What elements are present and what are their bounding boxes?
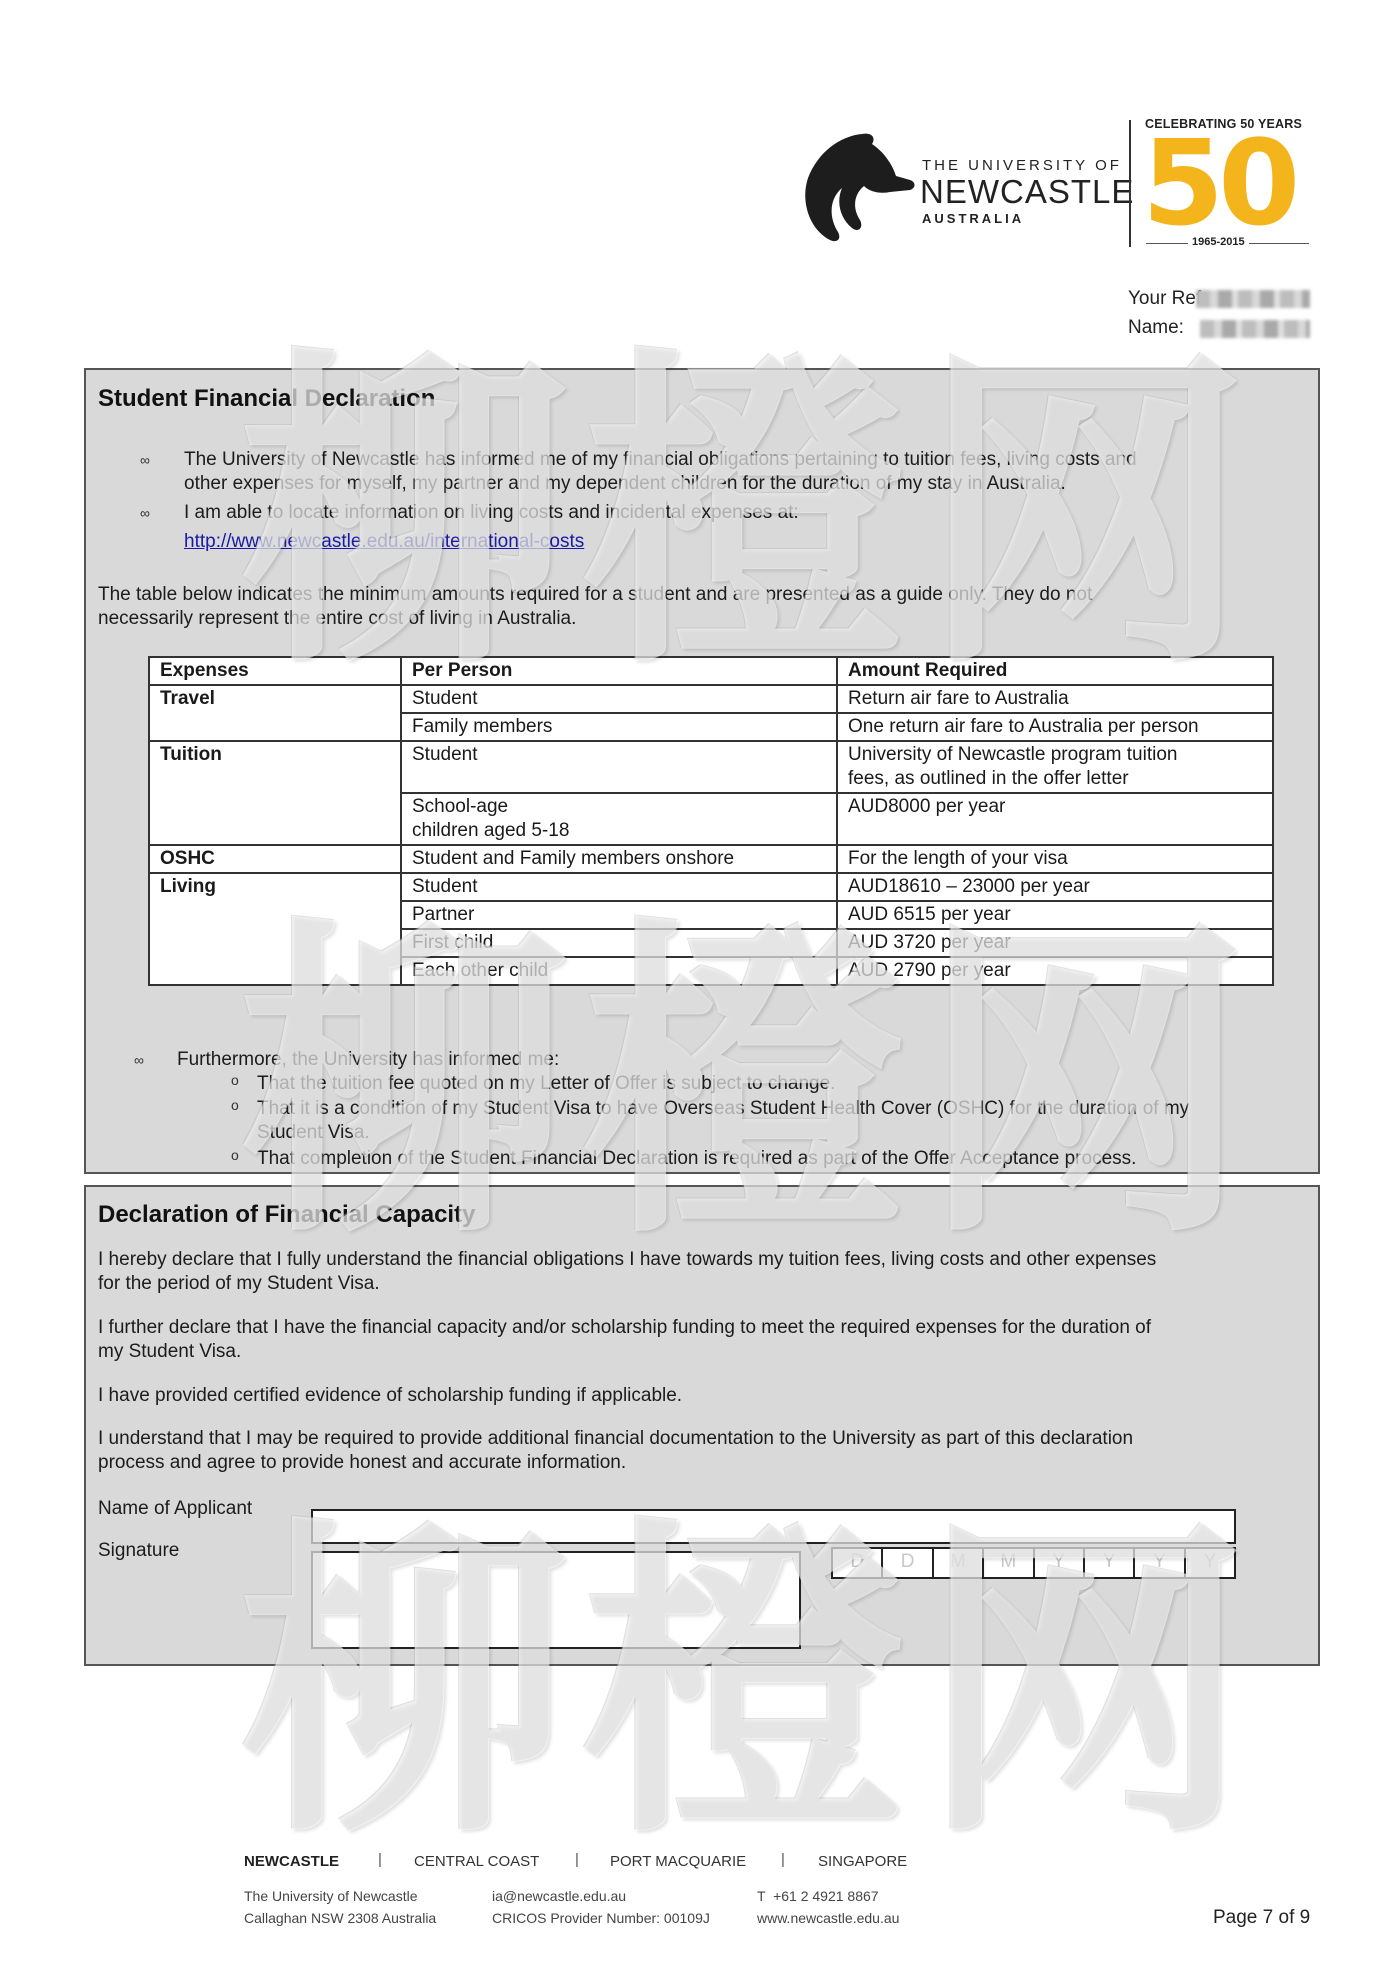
footer-address-1: The University of Newcastle [244,1888,418,1904]
your-ref-redacted [1196,290,1310,308]
furthermore-text: Furthermore, the University has informed… [177,1048,559,1072]
amount-line: fees, as outlined in the offer letter [848,767,1262,791]
bullet-1-line-2: other expenses for myself, my partner an… [184,472,1066,496]
bullet-icon: ∞ [140,452,150,468]
date-year-2[interactable]: Y [1085,1549,1135,1577]
declaration-1-line-1: I hereby declare that I fully understand… [98,1248,1156,1272]
table-header-row: Expenses Per Person Amount Required [149,657,1273,685]
declaration-financial-capacity-section: Declaration of Financial Capacity I here… [84,1185,1320,1666]
expense-travel: Travel [149,685,401,741]
header-per-person: Per Person [401,657,837,685]
your-ref-label: Your Ref. [1128,288,1207,310]
bullet-icon: ∞ [134,1052,144,1068]
footer-cricos: CRICOS Provider Number: 00109J [492,1910,710,1926]
international-costs-link[interactable]: http://www.newcastle.edu.au/internationa… [184,530,584,554]
campus-newcastle: NEWCASTLE [244,1853,339,1870]
person-line: School-age [412,795,826,819]
section-title: Declaration of Financial Capacity [98,1201,475,1229]
footer-separator: | [781,1851,785,1868]
sub-bullet-2-line-1: That it is a condition of my Student Vis… [257,1097,1189,1121]
amount-cell: Return air fare to Australia [837,685,1273,713]
table-row: Tuition Student University of Newcastle … [149,741,1273,793]
date-year-3[interactable]: Y [1135,1549,1185,1577]
header-expenses: Expenses [149,657,401,685]
logo-line-1: THE UNIVERSITY OF [922,157,1122,174]
anniversary-number: 50 [1142,124,1294,242]
anniversary-years: 1965-2015 [1188,236,1249,248]
date-field[interactable]: D D M M Y Y Y Y [831,1547,1236,1579]
date-day-2[interactable]: D [883,1549,933,1577]
person-line: children aged 5-18 [412,819,826,843]
person-cell: Student and Family members onshore [401,845,837,873]
amount-cell: AUD 6515 per year [837,901,1273,929]
header-amount-required: Amount Required [837,657,1273,685]
campus-central-coast: CENTRAL COAST [414,1853,539,1870]
declaration-3: I have provided certified evidence of sc… [98,1384,682,1408]
bullet-1-line-1: The University of Newcastle has informed… [184,448,1137,472]
expense-tuition: Tuition [149,741,401,845]
bullet-2-line-1: I am able to locate information on livin… [184,501,799,525]
person-cell: Student [401,741,837,793]
person-cell: Each other child [401,957,837,985]
logo-line-3: AUSTRALIA [922,211,1024,226]
person-cell: Family members [401,713,837,741]
declaration-4-line-2: process and agree to provide honest and … [98,1451,626,1475]
table-row: Travel Student Return air fare to Austra… [149,685,1273,713]
amount-cell: AUD8000 per year [837,793,1273,845]
logo-line-2: NEWCASTLE [920,173,1134,211]
campus-singapore: SINGAPORE [818,1853,907,1870]
intro-line-2: necessarily represent the entire cost of… [98,607,576,631]
name-of-applicant-label: Name of Applicant [98,1497,252,1521]
expense-living: Living [149,873,401,985]
footer-separator: | [575,1851,579,1868]
amount-cell: AUD18610 – 23000 per year [837,873,1273,901]
footer-website[interactable]: www.newcastle.edu.au [757,1910,899,1926]
page-number: Page 7 of 9 [1213,1907,1310,1929]
bullet-icon: ∞ [140,505,150,521]
person-cell: Partner [401,901,837,929]
horse-head-logo-icon [800,130,920,245]
footer-address-2: Callaghan NSW 2308 Australia [244,1910,436,1926]
declaration-2-line-2: my Student Visa. [98,1340,241,1364]
campus-port-macquarie: PORT MACQUARIE [610,1853,746,1870]
person-cell: First child [401,929,837,957]
declaration-4-line-1: I understand that I may be required to p… [98,1427,1133,1451]
person-cell: Student [401,873,837,901]
expense-oshc: OSHC [149,845,401,873]
person-cell: Student [401,685,837,713]
expenses-table: Expenses Per Person Amount Required Trav… [148,656,1274,986]
sub-bullet-icon: o [231,1072,239,1088]
declaration-2-line-1: I further declare that I have the financ… [98,1316,1151,1340]
amount-cell: For the length of your visa [837,845,1273,873]
signature-label: Signature [98,1539,179,1563]
sub-bullet-2-line-2: Student Visa. [257,1121,370,1145]
amount-cell: AUD 3720 per year [837,929,1273,957]
intro-line-1: The table below indicates the minimum am… [98,583,1092,607]
section-title: Student Financial Declaration [98,385,435,413]
sub-bullet-3: That completion of the Student Financial… [257,1147,1136,1171]
date-month-2[interactable]: M [984,1549,1034,1577]
name-of-applicant-field[interactable] [311,1509,1236,1544]
footer-email[interactable]: ia@newcastle.edu.au [492,1888,626,1904]
signature-field[interactable] [311,1551,801,1649]
footer-phone: T +61 2 4921 8867 [757,1888,879,1904]
footer-separator: | [378,1851,382,1868]
date-year-1[interactable]: Y [1035,1549,1085,1577]
sub-bullet-icon: o [231,1147,239,1163]
amount-cell: AUD 2790 per year [837,957,1273,985]
declaration-1-line-2: for the period of my Student Visa. [98,1272,380,1296]
date-year-4[interactable]: Y [1186,1549,1234,1577]
amount-cell: University of Newcastle program tuition … [837,741,1273,793]
table-row: OSHC Student and Family members onshore … [149,845,1273,873]
name-redacted [1200,320,1310,338]
date-month-1[interactable]: M [934,1549,984,1577]
amount-line: University of Newcastle program tuition [848,743,1262,767]
name-label: Name: [1128,317,1184,339]
date-day-1[interactable]: D [833,1549,883,1577]
logo-divider [1129,120,1131,247]
sub-bullet-1: That the tuition fee quoted on my Letter… [257,1072,835,1096]
person-cell: School-age children aged 5-18 [401,793,837,845]
table-row: Living Student AUD18610 – 23000 per year [149,873,1273,901]
student-financial-declaration-section: Student Financial Declaration ∞ The Univ… [84,368,1320,1174]
amount-cell: One return air fare to Australia per per… [837,713,1273,741]
sub-bullet-icon: o [231,1097,239,1113]
